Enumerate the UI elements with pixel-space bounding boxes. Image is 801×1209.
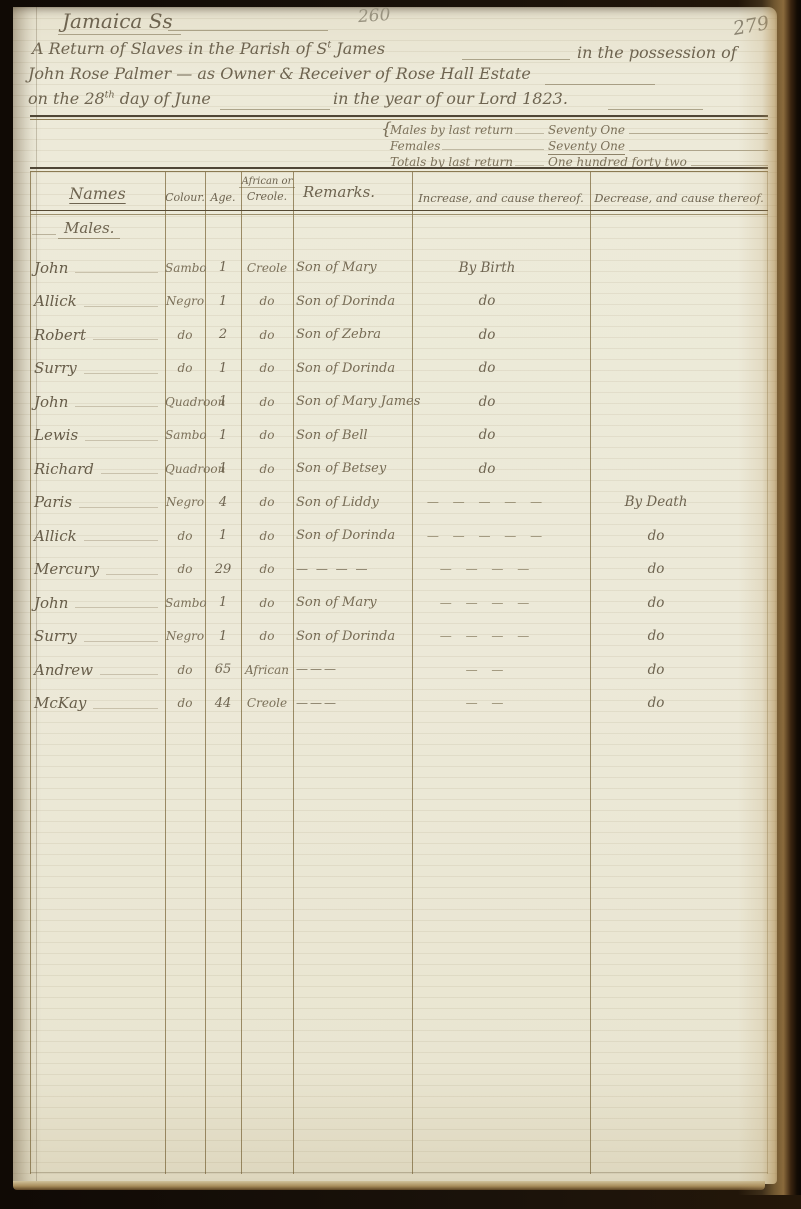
name-text: John: [34, 393, 68, 411]
cell-origin: do: [241, 395, 293, 409]
cell-name: Surry: [30, 359, 165, 377]
year-text: in the year of our Lord 1823.: [333, 89, 568, 108]
cell-age: 1: [205, 595, 241, 610]
cell-origin: do: [241, 495, 293, 509]
cell-colour: do: [165, 361, 205, 375]
age-text: 65: [215, 662, 232, 677]
summary-tally: { Males by last return Seventy One Femal…: [390, 122, 770, 170]
manuscript-scan: Jamaica Ss 260 279 A Return of Slaves in…: [0, 0, 801, 1209]
date-line: on the 28th day of June: [28, 89, 211, 108]
age-text: 1: [219, 394, 227, 409]
name-text: Allick: [34, 527, 77, 545]
origin-text: do: [260, 328, 275, 342]
cell-name: Lewis: [30, 426, 165, 444]
cell-age: 1: [205, 629, 241, 644]
table-row: Robertdo2doSon of Zebrado: [30, 318, 768, 352]
cell-increase: do: [412, 327, 590, 343]
increase-text: do: [479, 293, 496, 309]
cell-origin: do: [241, 529, 293, 543]
colour-text: do: [178, 328, 193, 342]
owner-line: John Rose Palmer — as Owner & Receiver o…: [28, 64, 531, 83]
cell-name: McKay: [30, 694, 165, 712]
cell-age: 44: [205, 696, 241, 711]
cell-colour: Sambo: [165, 428, 205, 442]
remarks-text: ———: [296, 662, 338, 676]
cell-age: 65: [205, 662, 241, 677]
colour-text: do: [178, 361, 193, 375]
age-text: 2: [219, 327, 227, 342]
cell-decrease: do: [590, 662, 768, 678]
cell-colour: Sambo: [165, 596, 205, 610]
origin-text: do: [260, 428, 275, 442]
cell-increase: do: [412, 461, 590, 477]
cell-remarks: ———: [293, 662, 412, 677]
header-remarks: Remarks.: [293, 183, 422, 201]
origin-text: do: [260, 529, 275, 543]
place-heading: Jamaica Ss: [58, 9, 181, 35]
origin-text: do: [260, 462, 275, 476]
name-text: Lewis: [34, 426, 78, 444]
cell-remarks: Son of Mary: [293, 260, 412, 275]
name-text: Surry: [34, 359, 77, 377]
cell-decrease: By Death: [590, 494, 768, 510]
increase-text: do: [479, 360, 496, 376]
header-origin-top: African or: [239, 176, 295, 188]
header-rule-top: [30, 115, 768, 117]
table-bottom-line: [30, 1172, 768, 1173]
cell-remarks: — — — —: [293, 562, 412, 577]
cell-age: 1: [205, 294, 241, 309]
table-row: Surrydo1doSon of Dorindado: [30, 352, 768, 386]
header-decrease: Decrease, and cause thereof.: [590, 191, 768, 205]
remarks-text: Son of Betsey: [296, 461, 386, 476]
table-row: McKaydo44Creole———— —do: [30, 687, 768, 721]
table-row: JohnSambo1CreoleSon of MaryBy Birth: [30, 251, 768, 285]
cell-origin: do: [241, 596, 293, 610]
table-row: Mercurydo29do— — — —— — — —do: [30, 553, 768, 587]
cell-name: Paris: [30, 493, 165, 511]
cell-remarks: Son of Betsey: [293, 461, 412, 476]
cell-colour: do: [165, 529, 205, 543]
cell-age: 1: [205, 361, 241, 376]
age-text: 1: [219, 528, 227, 543]
name-text: Robert: [34, 326, 86, 344]
header-increase: Increase, and cause thereof.: [412, 191, 590, 205]
origin-text: do: [260, 294, 275, 308]
cell-increase: By Birth: [412, 260, 590, 276]
cell-name: Surry: [30, 627, 165, 645]
cell-colour: Negro: [165, 294, 205, 308]
remarks-text: Son of Dorinda: [296, 294, 395, 309]
cell-colour: do: [165, 328, 205, 342]
cell-increase: — —: [412, 663, 590, 677]
summary-row-males: Males by last return Seventy One: [390, 122, 770, 138]
table-rows: JohnSambo1CreoleSon of MaryBy BirthAllic…: [30, 251, 768, 720]
age-text: 44: [215, 696, 232, 711]
cell-origin: do: [241, 328, 293, 342]
remarks-text: Son of Dorinda: [296, 629, 395, 644]
origin-text: Creole: [247, 696, 287, 710]
colour-text: Negro: [166, 294, 204, 308]
header-names: Names: [30, 184, 165, 203]
origin-text: do: [260, 495, 275, 509]
cell-increase: do: [412, 427, 590, 443]
table-row: Andrewdo65African———— —do: [30, 653, 768, 687]
table-row: RichardQuadroon1doSon of Betseydo: [30, 452, 768, 486]
heading-fill-line: [168, 30, 328, 31]
increase-text: do: [479, 427, 496, 443]
decrease-text: do: [648, 595, 665, 611]
cell-origin: do: [241, 428, 293, 442]
cell-remarks: Son of Mary: [293, 595, 412, 610]
name-text: Andrew: [34, 661, 93, 679]
origin-text: do: [260, 596, 275, 610]
remarks-text: Son of Dorinda: [296, 528, 395, 543]
age-text: 1: [219, 294, 227, 309]
cell-age: 2: [205, 327, 241, 342]
cell-increase: — —: [412, 696, 590, 710]
increase-text: do: [479, 461, 496, 477]
cell-decrease: do: [590, 561, 768, 577]
table-row: AllickNegro1doSon of Dorindado: [30, 285, 768, 319]
table-top-rule: [30, 167, 768, 169]
age-text: 1: [219, 629, 227, 644]
summary-label: Females: [390, 138, 440, 154]
header-colour: Colour.: [165, 191, 205, 204]
increase-text: do: [479, 327, 496, 343]
origin-text: do: [260, 562, 275, 576]
cell-name: Andrew: [30, 661, 165, 679]
decrease-text: By Death: [625, 494, 688, 510]
remarks-text: Son of Dorinda: [296, 361, 395, 376]
origin-text: African: [245, 663, 289, 677]
table-row: JohnQuadroon1doSon of Mary Jamesdo: [30, 385, 768, 419]
cell-decrease: do: [590, 695, 768, 711]
decrease-text: do: [648, 628, 665, 644]
colour-text: do: [178, 696, 193, 710]
decrease-text: do: [648, 662, 665, 678]
cell-increase: do: [412, 360, 590, 376]
header-rule-bottom: [30, 119, 768, 120]
remarks-text: Son of Mary: [296, 260, 377, 275]
age-text: 1: [219, 461, 227, 476]
cell-name: John: [30, 259, 165, 277]
age-text: 1: [219, 361, 227, 376]
cell-name: Richard: [30, 460, 165, 478]
age-text: 4: [219, 495, 227, 510]
name-text: Mercury: [34, 560, 99, 578]
cell-remarks: Son of Mary James: [293, 394, 412, 409]
header-age: Age.: [205, 191, 241, 204]
cell-origin: do: [241, 562, 293, 576]
colour-text: Negro: [166, 495, 204, 509]
section-label-males: Males.: [58, 219, 120, 239]
cell-origin: Creole: [241, 696, 293, 710]
cell-name: Allick: [30, 292, 165, 310]
cell-colour: do: [165, 696, 205, 710]
age-text: 1: [219, 260, 227, 275]
cell-colour: do: [165, 663, 205, 677]
cell-decrease: do: [590, 595, 768, 611]
cell-remarks: Son of Zebra: [293, 327, 412, 342]
cell-origin: do: [241, 462, 293, 476]
cell-colour: do: [165, 562, 205, 576]
folio-number: 260: [357, 5, 391, 27]
cell-remarks: Son of Liddy: [293, 495, 412, 510]
cell-age: 1: [205, 528, 241, 543]
name-text: Allick: [34, 292, 77, 310]
increase-text: By Birth: [459, 260, 516, 276]
colour-text: Sambo: [165, 261, 207, 275]
year-fill-line: [608, 109, 703, 110]
increase-text: — — — — —: [427, 495, 547, 509]
cell-age: 29: [205, 562, 241, 577]
colour-text: Negro: [166, 629, 204, 643]
date-line-text: on the 28: [28, 89, 105, 108]
date-line-superscript: th: [105, 90, 115, 101]
cell-increase: do: [412, 394, 590, 410]
age-text: 1: [219, 595, 227, 610]
cell-remarks: Son of Dorinda: [293, 361, 412, 376]
cell-origin: Creole: [241, 261, 293, 275]
possession-text: in the possession of: [577, 43, 737, 62]
cell-origin: African: [241, 663, 293, 677]
increase-text: — — — —: [440, 596, 534, 610]
cell-colour: Negro: [165, 629, 205, 643]
name-text: Surry: [34, 627, 77, 645]
age-text: 29: [215, 562, 232, 577]
increase-text: — — — —: [440, 562, 534, 576]
return-title-text: A Return of Slaves in the Parish of S: [32, 39, 327, 58]
increase-text: — — — — —: [427, 529, 547, 543]
origin-text: Creole: [247, 261, 287, 275]
name-text: McKay: [34, 694, 86, 712]
remarks-text: Son of Liddy: [296, 495, 379, 510]
cell-colour: Sambo: [165, 261, 205, 275]
origin-text: do: [260, 629, 275, 643]
cell-name: Robert: [30, 326, 165, 344]
summary-label: Males by last return: [390, 122, 513, 138]
date-line-text-b: day of June: [115, 89, 211, 108]
header-underline: [30, 210, 768, 211]
remarks-text: ———: [296, 696, 338, 710]
table-top-rule-2: [30, 171, 768, 172]
cell-age: 1: [205, 260, 241, 275]
cell-age: 1: [205, 394, 241, 409]
table-row: LewisSambo1doSon of Belldo: [30, 419, 768, 453]
origin-text: do: [260, 395, 275, 409]
cell-increase: — — — —: [412, 562, 590, 576]
table-row: Allickdo1doSon of Dorinda— — — — —do: [30, 519, 768, 553]
brace-mark: {: [381, 119, 392, 139]
cell-remarks: ———: [293, 696, 412, 711]
colour-text: Sambo: [165, 428, 207, 442]
cell-remarks: Son of Dorinda: [293, 294, 412, 309]
increase-text: — —: [466, 696, 509, 710]
name-text: John: [34, 259, 68, 277]
increase-text: do: [479, 394, 496, 410]
table-row: ParisNegro4doSon of Liddy— — — — —By Dea…: [30, 486, 768, 520]
summary-row-females: Females Seventy One: [390, 138, 770, 154]
remarks-text: Son of Bell: [296, 428, 368, 443]
header-origin-bottom: Creole.: [241, 190, 293, 203]
colour-text: do: [178, 529, 193, 543]
owner-fill-line: [545, 84, 655, 85]
increase-text: — —: [466, 663, 509, 677]
cell-origin: do: [241, 294, 293, 308]
return-title-text-b: James: [331, 39, 385, 58]
increase-text: — — — —: [440, 629, 534, 643]
cell-origin: do: [241, 629, 293, 643]
cell-origin: do: [241, 361, 293, 375]
remarks-text: Son of Mary: [296, 595, 377, 610]
cell-colour: Quadroon: [165, 395, 205, 409]
header-underline-2: [30, 214, 768, 215]
name-text: Richard: [34, 460, 94, 478]
cell-increase: do: [412, 293, 590, 309]
remarks-text: Son of Zebra: [296, 327, 381, 342]
cell-decrease: do: [590, 628, 768, 644]
remarks-text: Son of Mary James: [296, 394, 420, 409]
cell-name: John: [30, 393, 165, 411]
colour-text: do: [178, 663, 193, 677]
cell-age: 1: [205, 428, 241, 443]
decrease-text: do: [648, 695, 665, 711]
cell-colour: Negro: [165, 495, 205, 509]
summary-value: Seventy One: [548, 138, 625, 155]
age-text: 1: [219, 428, 227, 443]
cell-decrease: do: [590, 528, 768, 544]
cell-age: 1: [205, 461, 241, 476]
page-bottom-edge: [13, 1181, 765, 1190]
cell-name: Mercury: [30, 560, 165, 578]
colour-text: do: [178, 562, 193, 576]
return-title: A Return of Slaves in the Parish of St J…: [32, 39, 385, 58]
name-text: Paris: [34, 493, 72, 511]
table-row: JohnSambo1doSon of Mary— — — —do: [30, 586, 768, 620]
date-fill-line: [220, 109, 330, 110]
return-fill-line: [462, 59, 570, 60]
cell-age: 4: [205, 495, 241, 510]
decrease-text: do: [648, 528, 665, 544]
cell-remarks: Son of Dorinda: [293, 629, 412, 644]
cell-remarks: Son of Dorinda: [293, 528, 412, 543]
summary-value: Seventy One: [548, 122, 625, 138]
colour-text: Sambo: [165, 596, 207, 610]
cell-increase: — — — — —: [412, 529, 590, 543]
name-text: John: [34, 594, 68, 612]
cell-colour: Quadroon: [165, 462, 205, 476]
register-table: Names Colour. Age. African or Creole. Re…: [30, 167, 768, 1174]
cell-name: John: [30, 594, 165, 612]
cell-name: Allick: [30, 527, 165, 545]
decrease-text: do: [648, 561, 665, 577]
cell-increase: — — — —: [412, 629, 590, 643]
table-row: SurryNegro1doSon of Dorinda— — — —do: [30, 620, 768, 654]
origin-text: do: [260, 361, 275, 375]
cell-remarks: Son of Bell: [293, 428, 412, 443]
remarks-text: — — — —: [296, 562, 369, 576]
cell-increase: — — — — —: [412, 495, 590, 509]
cell-increase: — — — —: [412, 596, 590, 610]
